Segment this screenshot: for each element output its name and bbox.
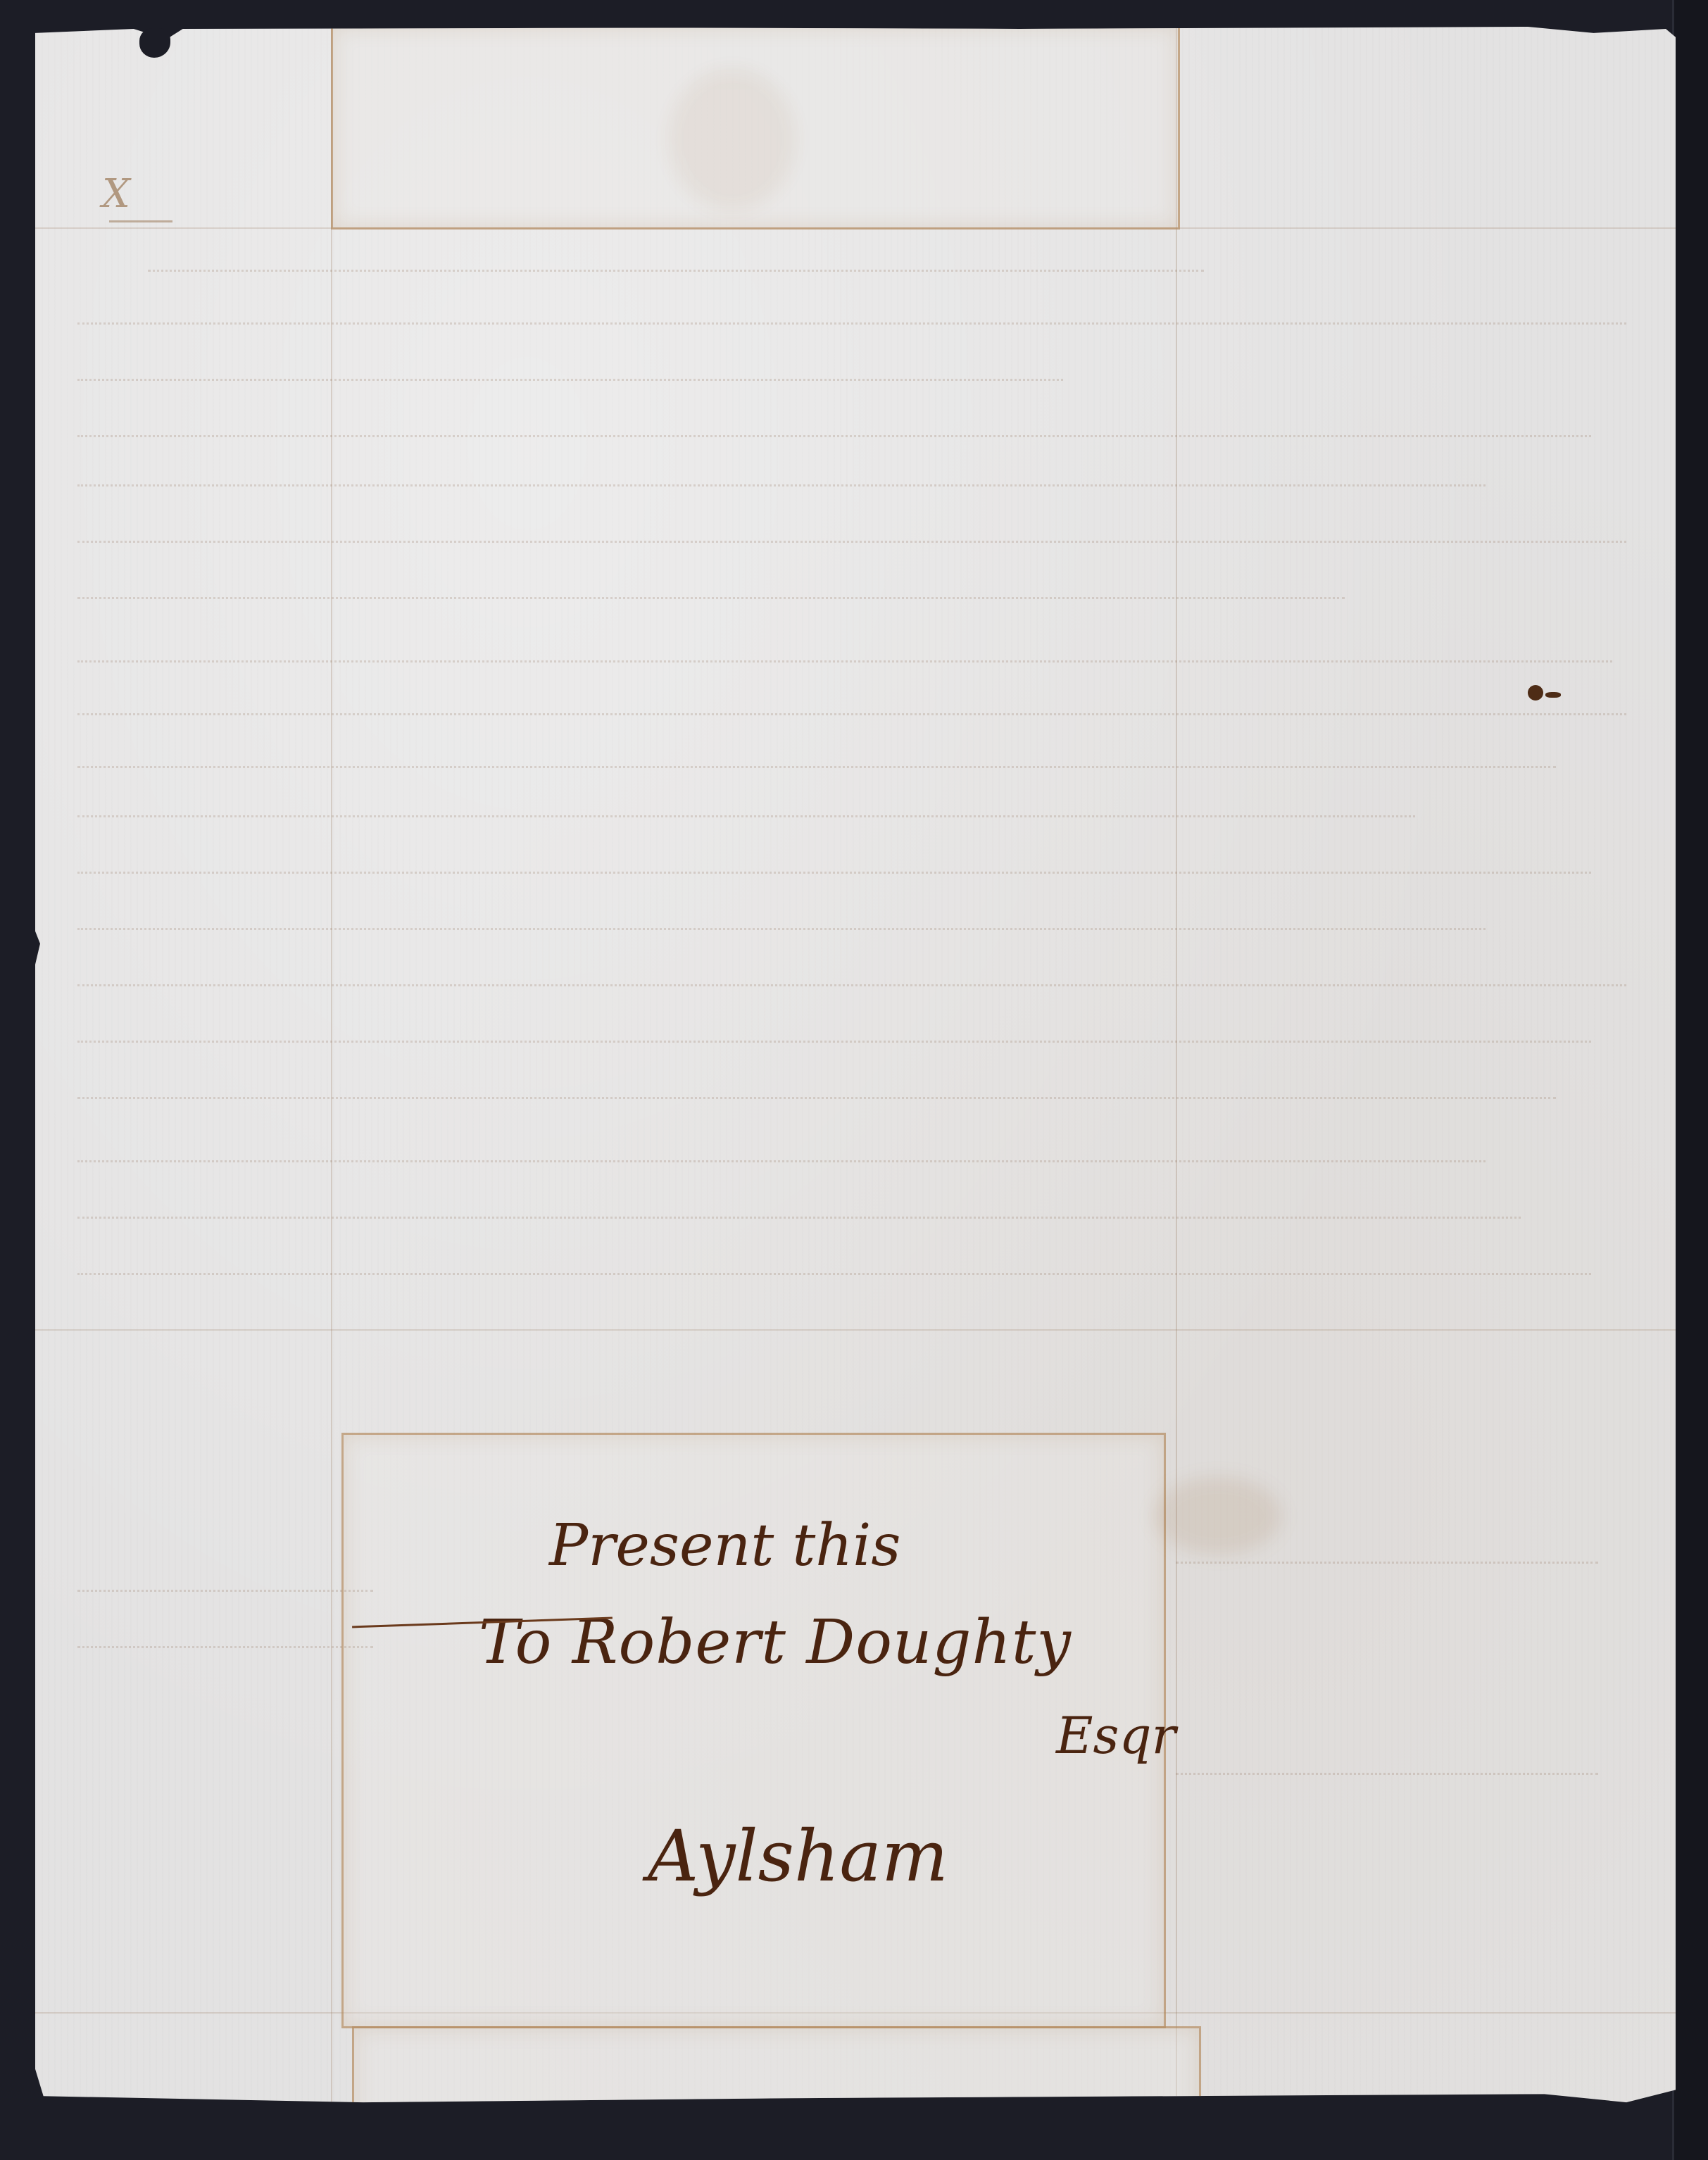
water-stain bbox=[669, 69, 796, 210]
bottom-fold-panel bbox=[352, 2026, 1201, 2141]
seal-stain bbox=[1155, 1477, 1281, 1555]
corner-mark: X bbox=[102, 171, 130, 217]
address-line-place: Aylsham bbox=[648, 1815, 948, 1897]
address-line-title: Esqr bbox=[1056, 1706, 1176, 1765]
fold-crease-vertical-right bbox=[1176, 27, 1177, 2111]
fold-crease-horizontal-middle bbox=[35, 1329, 1676, 1331]
ink-blot bbox=[1528, 685, 1543, 701]
ink-blot-tail bbox=[1545, 692, 1561, 698]
mount-border bbox=[1672, 0, 1708, 2160]
address-line-present-this: Present this bbox=[549, 1512, 900, 1579]
fold-crease-vertical-left bbox=[331, 27, 332, 2111]
manuscript-leaf: X Present this To Robert Doughty Esqr Ay… bbox=[35, 27, 1676, 2111]
